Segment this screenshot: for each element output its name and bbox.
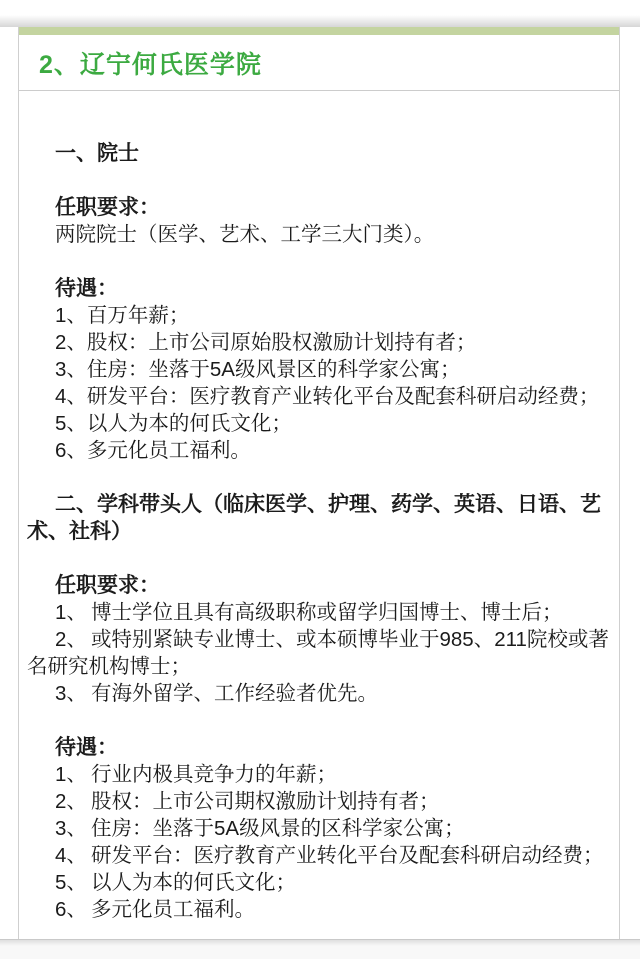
requirement-item: 3、 有海外留学、工作经验者优先。 — [27, 680, 616, 707]
top-shadow — [0, 15, 640, 27]
section-1-benefits-label: 待遇： — [27, 275, 616, 302]
benefit-item: 5、以人为本的何氏文化； — [27, 410, 616, 437]
section-1-heading: 一、院士 — [27, 140, 616, 167]
benefit-item: 4、研发平台：医疗教育产业转化平台及配套科研启动经费； — [27, 383, 616, 410]
card-header: 2、辽宁何氏医学院 — [19, 35, 619, 91]
requirement-item: 1、 博士学位且具有高级职称或留学归国博士、博士后； — [27, 599, 616, 626]
requirement-item: 2、 或特别紧缺专业博士、或本硕博毕业于985、211院校或著名研究机构博士； — [27, 626, 616, 680]
article-card: 2、辽宁何氏医学院 一、院士 任职要求： 两院院士（医学、艺术、工学三大门类）。… — [18, 27, 620, 939]
benefit-item: 5、 以人为本的何氏文化； — [27, 869, 616, 896]
article-page: { "title": "2、辽宁何氏医学院", "colors": { "acc… — [0, 0, 640, 959]
benefit-item: 2、 股权：上市公司期权激励计划持有者； — [27, 788, 616, 815]
page-title: 2、辽宁何氏医学院 — [39, 45, 262, 81]
section-2-requirements-label: 任职要求： — [27, 572, 616, 599]
section-1-requirements-label: 任职要求： — [27, 194, 616, 221]
section-1-requirements-text: 两院院士（医学、艺术、工学三大门类）。 — [27, 221, 616, 248]
benefit-item: 2、股权：上市公司原始股权激励计划持有者； — [27, 329, 616, 356]
benefit-item: 6、多元化员工福利。 — [27, 437, 616, 464]
benefit-item: 4、 研发平台：医疗教育产业转化平台及配套科研启动经费； — [27, 842, 616, 869]
card-top-accent-bar — [18, 27, 620, 35]
benefit-item: 1、 行业内极具竞争力的年薪； — [27, 761, 616, 788]
benefit-item: 1、百万年薪； — [27, 302, 616, 329]
benefit-item: 6、 多元化员工福利。 — [27, 896, 616, 923]
benefit-item: 3、住房：坐落于5A级风景区的科学家公寓； — [27, 356, 616, 383]
benefit-item: 3、 住房：坐落于5A级风景的区科学家公寓； — [27, 815, 616, 842]
section-2-benefits-label: 待遇： — [27, 734, 616, 761]
bottom-divider-strip — [0, 939, 640, 959]
article-body: 一、院士 任职要求： 两院院士（医学、艺术、工学三大门类）。 待遇： 1、百万年… — [19, 91, 619, 923]
section-2-heading: 二、学科带头人（临床医学、护理、药学、英语、日语、艺术、社科） — [27, 491, 616, 545]
